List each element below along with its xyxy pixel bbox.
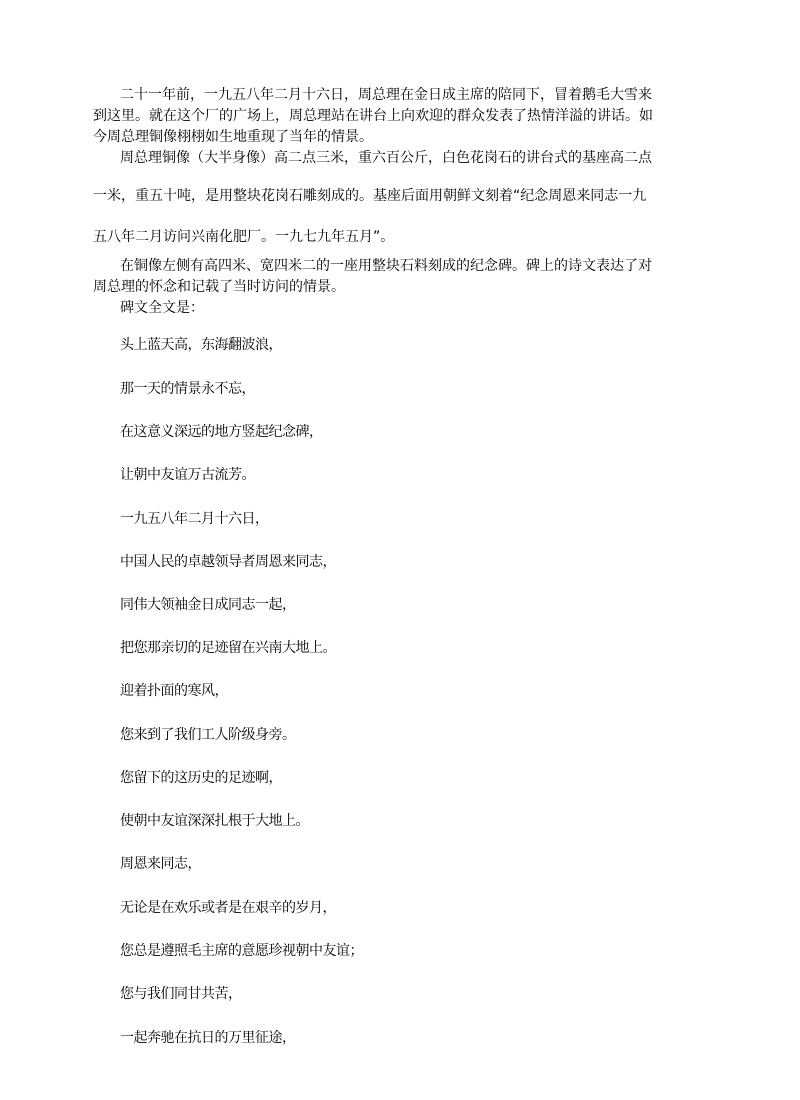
paragraph-1-line-1: 二十一年前，一九五八年二月十六日，周总理在金日成主席的陪同下，冒着鹅毛大雪来 <box>120 87 720 103</box>
poem-line: 迎着扑面的寒风， <box>120 683 228 699</box>
poem-line: 那一天的情景永不忘， <box>120 381 255 397</box>
poem-line: 您来到了我们工人阶级身旁。 <box>120 727 296 743</box>
poem-line: 中国人民的卓越领导者周恩来同志， <box>120 554 336 570</box>
poem-intro: 碑文全文是： <box>120 300 720 316</box>
poem-line: 同伟大领袖金日成同志一起， <box>120 597 296 613</box>
poem-line: 头上蓝天高，东海翻波浪， <box>120 337 282 353</box>
poem-line: 您总是遵照毛主席的意愿珍视朝中友谊； <box>120 943 363 959</box>
poem-line: 无论是在欢乐或者是在艰辛的岁月， <box>120 900 336 916</box>
document-page: 二十一年前，一九五八年二月十六日，周总理在金日成主席的陪同下，冒着鹅毛大雪来 到… <box>0 0 800 1100</box>
poem-line: 使朝中友谊深深扎根于大地上。 <box>120 813 309 829</box>
poem-line: 一起奔驰在抗日的万里征途， <box>120 1030 296 1046</box>
paragraph-2-line-2: 一米，重五十吨，是用整块花岗石雕刻成的。基座后面用朝鲜文刻着“纪念周恩来同志一九 <box>93 188 693 204</box>
poem-line: 您留下的这历史的足迹啊， <box>120 770 282 786</box>
paragraph-3-line-1: 在铜像左侧有高四米、宽四米二的一座用整块石料刻成的纪念碑。碑上的诗文表达了对 <box>120 258 720 274</box>
poem-line: 周恩来同志， <box>120 856 201 872</box>
paragraph-1-line-3: 今周总理铜像栩栩如生地重现了当年的情景。 <box>93 129 693 145</box>
paragraph-2-line-3: 五八年二月访问兴南化肥厂。一九七九年五月”。 <box>93 229 693 245</box>
paragraph-3-line-2: 周总理的怀念和记载了当时访问的情景。 <box>93 279 693 295</box>
poem-line: 一九五八年二月十六日， <box>120 511 269 527</box>
paragraph-1-line-2: 到这里。就在这个厂的广场上，周总理站在讲台上向欢迎的群众发表了热情洋溢的讲话。如 <box>93 108 693 124</box>
poem-line: 您与我们同甘共苦， <box>120 986 242 1002</box>
poem-line: 把您那亲切的足迹留在兴南大地上。 <box>120 640 336 656</box>
poem-line: 让朝中友谊万古流芳。 <box>120 467 255 483</box>
paragraph-2-line-1: 周总理铜像（大半身像）高二点三米，重六百公斤，白色花岗石的讲台式的基座高二点 <box>120 150 720 166</box>
poem-line: 在这意义深远的地方竖起纪念碑， <box>120 424 323 440</box>
